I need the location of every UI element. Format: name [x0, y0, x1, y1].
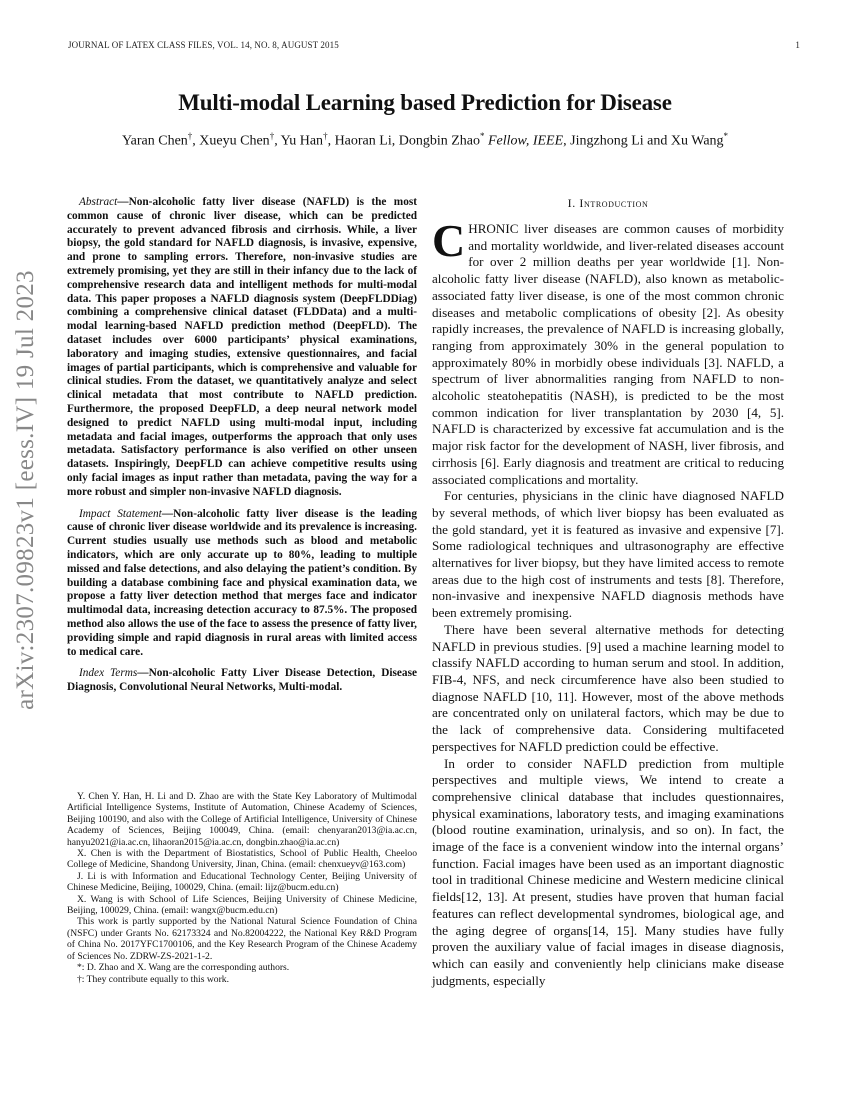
author: Jingzhong Li — [570, 134, 644, 149]
index-terms: Index Terms—Non-alcoholic Fatty Liver Di… — [67, 667, 417, 695]
impact-statement: Impact Statement—Non-alcoholic fatty liv… — [67, 508, 417, 660]
author: Haoran Li — [335, 134, 392, 149]
section-heading: I. Introduction — [432, 196, 784, 211]
author-mark: * — [480, 131, 485, 141]
footnote-affiliation: Y. Chen Y. Han, H. Li and D. Zhao are wi… — [67, 791, 417, 848]
footnote-affiliation: X. Wang is with School of Life Sciences,… — [67, 894, 417, 917]
author-mark: * — [724, 131, 729, 141]
running-head: JOURNAL OF LATEX CLASS FILES, VOL. 14, N… — [68, 40, 800, 50]
paper-title: Multi-modal Learning based Prediction fo… — [0, 90, 850, 116]
footnote-affiliation: X. Chen is with the Department of Biosta… — [67, 848, 417, 871]
author: Yaran Chen — [122, 134, 188, 149]
drop-cap: C — [432, 224, 465, 258]
author-list: Yaran Chen†, Xueyu Chen†, Yu Han†, Haora… — [0, 131, 850, 150]
abstract-label: Abstract — [79, 196, 117, 208]
author: Xueyu Chen — [199, 134, 269, 149]
author: Yu Han — [281, 134, 323, 149]
right-column: I. Introduction CHRONIC liver diseases a… — [432, 196, 784, 989]
arxiv-stamp: arXiv:2307.09823v1 [eess.IV] 19 Jul 2023 — [6, 290, 46, 690]
impact-label: Impact Statement — [79, 508, 162, 520]
abstract: Abstract—Non-alcoholic fatty liver disea… — [67, 196, 417, 500]
footnote-affiliation: J. Li is with Information and Educationa… — [67, 871, 417, 894]
page-number: 1 — [795, 40, 800, 50]
author: Dongbin Zhao — [399, 134, 480, 149]
body-paragraph: In order to consider NAFLD prediction fr… — [432, 756, 784, 990]
footnotes: Y. Chen Y. Han, H. Li and D. Zhao are wi… — [67, 791, 417, 985]
left-column: Abstract—Non-alcoholic fatty liver disea… — [67, 196, 417, 695]
footnote-corresponding: *: D. Zhao and X. Wang are the correspon… — [67, 962, 417, 973]
footnote-equal-contribution: †: They contribute equally to this work. — [67, 974, 417, 985]
abstract-text: Non-alcoholic fatty liver disease (NAFLD… — [67, 196, 417, 498]
arxiv-identifier: arXiv:2307.09823v1 [eess.IV] 19 Jul 2023 — [12, 270, 40, 710]
index-terms-label: Index Terms — [79, 667, 137, 679]
author: Xu Wang — [671, 134, 724, 149]
journal-name: JOURNAL OF LATEX CLASS FILES, VOL. 14, N… — [68, 40, 339, 50]
impact-text: Non-alcoholic fatty liver disease is the… — [67, 508, 417, 658]
footnote-funding: This work is partly supported by the Nat… — [67, 916, 417, 962]
body-paragraph: CHRONIC liver diseases are common causes… — [432, 221, 784, 488]
body-paragraph: There have been several alternative meth… — [432, 622, 784, 756]
body-paragraph: For centuries, physicians in the clinic … — [432, 488, 784, 622]
author-affix: Fellow, IEEE — [488, 134, 563, 149]
